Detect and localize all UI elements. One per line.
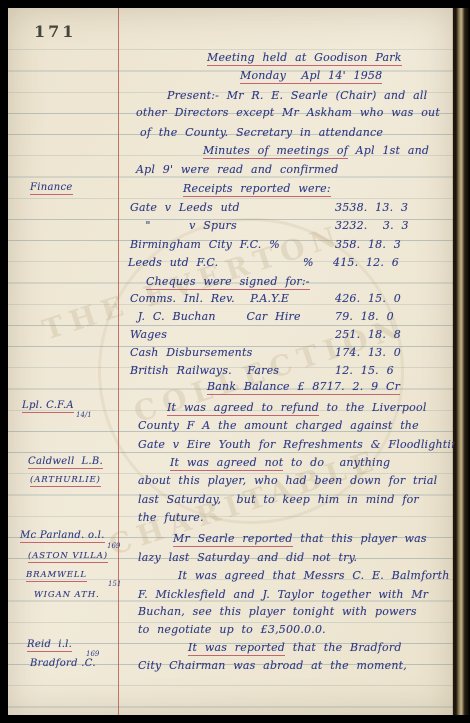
margin-ref: 169: [107, 542, 120, 550]
minute-text-line: of the County. Secretary in attendance: [140, 126, 383, 140]
receipt-row: Birmingham City F.C. %358. 18. 3: [130, 238, 452, 252]
cheque-row: Cash Disbursements174. 13. 0: [130, 346, 452, 360]
minute-text-line: Gate v Eire Youth for Refreshments & Flo…: [138, 438, 469, 452]
minute-text-line: City Chairman was abroad at the moment,: [138, 659, 407, 673]
amount: 3538. 13. 3: [335, 201, 408, 215]
meeting-date-line: Monday Apl 14' 1958: [240, 69, 382, 83]
cheque-row: British Railways. Fares12. 15. 6: [130, 364, 452, 378]
scanned-minute-book-photo: THE EVERTON COLLECTION CHARITABLE 171 Me…: [0, 0, 470, 723]
minute-text-line: to negotiate up to £3,500.0.0.: [138, 623, 326, 637]
minute-text-line: the future.: [138, 511, 204, 525]
minute-text-line: County F A the amount charged against th…: [138, 419, 419, 433]
margin-note-bradford-city: Bradford .C.: [30, 658, 96, 669]
bank-balance-line: Bank Balance £ 8717. 2. 9 Cr: [207, 380, 400, 394]
margin-note-finance: Finance: [30, 182, 73, 193]
minute-text-line: Buchan, see this player tonight with pow…: [138, 605, 417, 619]
margin-ref: 169: [86, 650, 99, 658]
minutes-confirmed-line: Minutes of meetings of Apl 1st and: [203, 144, 429, 158]
minute-text-line: other Directors except Mr Askham who was…: [136, 106, 440, 120]
margin-note-reid: Reid i.l.: [27, 639, 72, 650]
minute-text-line: It was agreed to refund to the Liverpool: [167, 401, 427, 415]
book-page-edges: [452, 8, 470, 715]
margin-ref: 151: [108, 580, 121, 588]
amount: 251. 18. 8: [335, 328, 401, 342]
minute-text-line: Mr Searle reported that this player was: [173, 532, 427, 546]
meeting-heading-line: Meeting held at Goodison Park: [207, 51, 402, 65]
amount: 415. 12. 6: [333, 256, 399, 270]
margin-note-wigan-ath: WIGAN ATH.: [34, 590, 100, 600]
minute-text-line: It was reported that the Bradford: [188, 641, 402, 655]
receipt-row: Leeds utd F.C. %415. 12. 6: [128, 256, 450, 270]
minute-text-line: lazy last Saturday and did not try.: [138, 551, 357, 565]
cheques-heading: Cheques were signed for:-: [146, 275, 310, 289]
minute-text-line: last Saturday, but to keep him in mind f…: [138, 493, 419, 507]
margin-note-lpl-cfa: Lpl. C.F.A: [22, 400, 74, 411]
amount: 12. 15. 6: [335, 364, 394, 378]
margin-note-caldwell: Caldwell L.B.: [28, 456, 103, 467]
cheque-row: Comms. Inl. Rev. P.A.Y.E426. 15. 0: [130, 292, 452, 306]
minute-text-line: Apl 9' were read and confirmed: [136, 163, 338, 177]
amount: 3232. 3. 3: [335, 219, 409, 233]
page-number: 171: [34, 22, 76, 41]
receipts-heading: Receipts reported were:: [183, 182, 331, 196]
margin-note-aston-villa: (ASTON VILLA): [28, 551, 108, 561]
cheque-row: J. C. Buchan Car Hire79. 18. 0: [130, 310, 452, 324]
amount: 426. 15. 0: [335, 292, 401, 306]
amount: 358. 18. 3: [335, 238, 401, 252]
minute-text-line: about this player, who had been down for…: [138, 474, 437, 488]
receipt-row: Gate v Leeds utd3538. 13. 3: [130, 201, 452, 215]
amount: 79. 18. 0: [335, 310, 394, 324]
minute-text-line: It was agreed not to do anything: [170, 456, 390, 470]
margin-rule-line: [118, 8, 119, 715]
minute-text-line: F. Micklesfield and J. Taylor together w…: [138, 588, 428, 602]
minute-text-line: It was agreed that Messrs C. E. Balmfort…: [178, 569, 450, 583]
receipt-row: " v Spurs3232. 3. 3: [130, 219, 452, 233]
amount: 174. 13. 0: [335, 346, 401, 360]
margin-ref: 14/1: [76, 411, 92, 419]
margin-note-arthurlie: (ARTHURLIE): [30, 475, 101, 485]
cheque-row: Wages251. 18. 8: [130, 328, 452, 342]
margin-note-bramwell: BRAMWELL: [26, 570, 87, 580]
margin-note-mcparland: Mc Parland. o.l.: [20, 530, 105, 541]
present-line: Present:- Mr R. E. Searle (Chair) and al…: [167, 89, 427, 103]
